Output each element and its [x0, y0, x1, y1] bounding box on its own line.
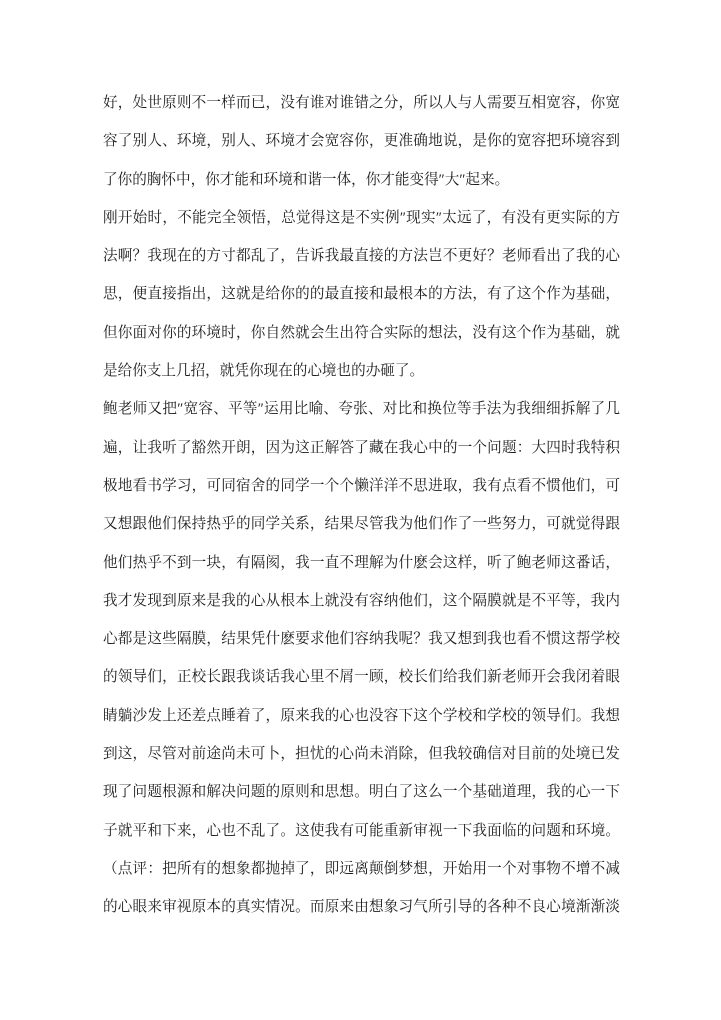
- paragraph: 刚开始时，不能完全领悟，总觉得这是不实例″现实″太远了，有没有更实际的方法啊？我…: [103, 199, 620, 390]
- text-line: 容了别人、环境，别人、环境才会宽容你，更准确地说，是你的宽容把环境容到: [103, 122, 620, 160]
- text-line: 睛躺沙发上还差点睡着了，原来我的心也没容下这个学校和学校的领导们。我想: [103, 697, 620, 735]
- text-line: 又想跟他们保持热乎的同学关系，结果尽管我为他们作了一些努力，可就觉得跟: [103, 505, 620, 543]
- text-line: 法啊？我现在的方寸都乱了，告诉我最直接的方法岂不更好？老师看出了我的心: [103, 237, 620, 275]
- paragraph: 好，处世原则不一样而已，没有谁对谁错之分，所以人与人需要互相宽容，你宽容了别人、…: [103, 84, 620, 199]
- text-line: 心都是这些隔膜，结果凭什麽要求他们容纳我呢？我又想到我也看不惯这帮学校: [103, 620, 620, 658]
- text-line: 的心眼来审视原本的真实情况。而原来由想象习气所引导的各种不良心境渐渐淡: [103, 888, 620, 926]
- text-line: 子就平和下来，心也不乱了。这使我有可能重新审视一下我面临的问题和环境。: [103, 812, 620, 850]
- text-line: 极地看书学习，可同宿舍的同学一个个懒洋洋不思进取，我有点看不惯他们，可: [103, 467, 620, 505]
- text-line: 是给你支上几招，就凭你现在的心境也的办砸了。: [103, 352, 620, 390]
- text-line: 他们热乎不到一块，有隔阂，我一直不理解为什麽会这样，听了鲍老师这番话，: [103, 544, 620, 582]
- document-page: 好，处世原则不一样而已，没有谁对谁错之分，所以人与人需要互相宽容，你宽容了别人、…: [0, 0, 721, 1020]
- text-line: 思，便直接指出，这就是给你的的最直接和最根本的方法，有了这个作为基础，: [103, 275, 620, 313]
- text-line: 刚开始时，不能完全领悟，总觉得这是不实例″现实″太远了，有没有更实际的方: [103, 199, 620, 237]
- paragraph: （点评：把所有的想象都抛掉了，即远离颠倒梦想，开始用一个对事物不增不减的心眼来审…: [103, 850, 620, 927]
- text-line: 我才发现到原来是我的心从根本上就没有容纳他们，这个隔膜就是不平等，我内: [103, 582, 620, 620]
- text-line: 现了问题根源和解决问题的原则和思想。明白了这么一个基础道理，我的心一下: [103, 773, 620, 811]
- text-line: 的领导们，正校长跟我谈话我心里不屑一顾，校长们给我们新老师开会我闭着眼: [103, 658, 620, 696]
- text-line: （点评：把所有的想象都抛掉了，即远离颠倒梦想，开始用一个对事物不增不减: [103, 850, 620, 888]
- text-line: 但你面对你的环境时，你自然就会生出符合实际的想法，没有这个作为基础，就: [103, 314, 620, 352]
- paragraph: 鲍老师又把″宽容、平等″运用比喻、夸张、对比和换位等手法为我细细拆解了几遍，让我…: [103, 390, 620, 850]
- text-line: 好，处世原则不一样而已，没有谁对谁错之分，所以人与人需要互相宽容，你宽: [103, 84, 620, 122]
- text-body: 好，处世原则不一样而已，没有谁对谁错之分，所以人与人需要互相宽容，你宽容了别人、…: [103, 84, 620, 927]
- text-line: 了你的胸怀中，你才能和环境和谐一体，你才能变得″大″起来。: [103, 161, 620, 199]
- text-line: 到这，尽管对前途尚未可卜，担忧的心尚未消除，但我较确信对目前的处境已发: [103, 735, 620, 773]
- text-line: 遍，让我听了豁然开朗，因为这正解答了藏在我心中的一个问题：大四时我特积: [103, 429, 620, 467]
- text-line: 鲍老师又把″宽容、平等″运用比喻、夸张、对比和换位等手法为我细细拆解了几: [103, 390, 620, 428]
